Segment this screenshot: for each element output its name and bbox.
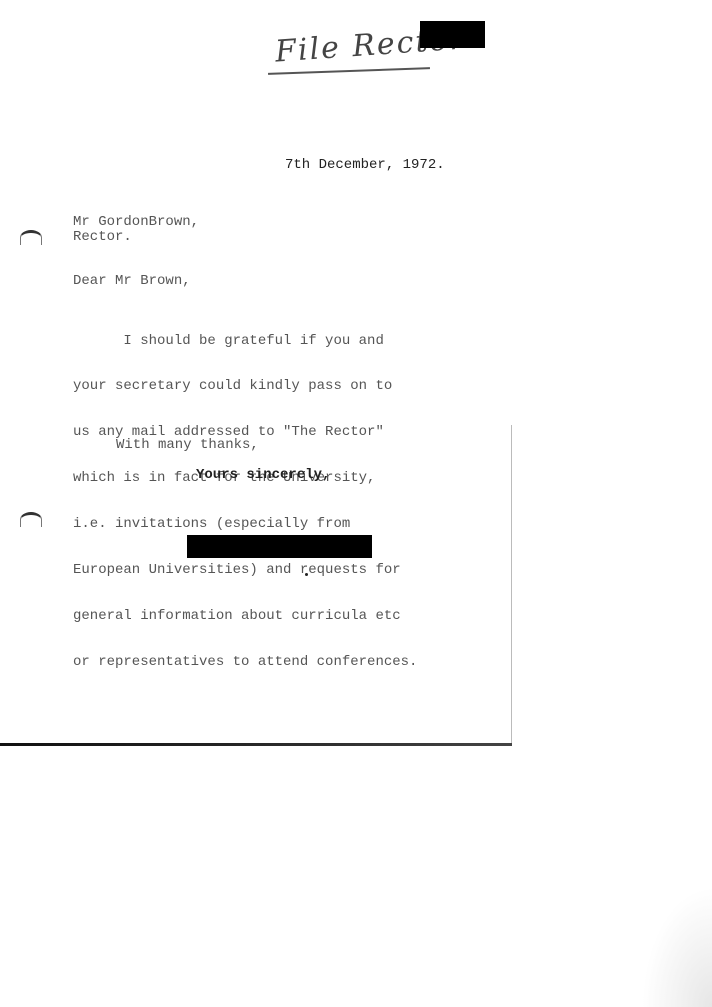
recipient-title: Rector.	[73, 230, 199, 245]
page-edge-right	[511, 425, 512, 745]
letter-page: File Rector 7th December, 1972. Mr Gordo…	[0, 0, 712, 1007]
body-line: or representatives to attend conferences…	[73, 655, 417, 670]
recipient-address: Mr GordonBrown, Rector.	[73, 215, 199, 245]
punch-hole-mark-upper	[20, 230, 42, 245]
redaction-box-top	[420, 21, 485, 48]
punch-hole-mark-lower	[20, 512, 42, 527]
letter-date: 7th December, 1972.	[285, 157, 445, 173]
thanks-line: With many thanks,	[116, 437, 259, 453]
body-line: European Universities) and requests for	[73, 563, 417, 578]
body-line: your secretary could kindly pass on to	[73, 379, 417, 394]
page-edge-bottom	[0, 743, 512, 746]
body-line: I should be grateful if you and	[73, 334, 417, 349]
letter-body: I should be grateful if you and your sec…	[73, 303, 417, 701]
closing-line: Yours sincerely,	[196, 467, 330, 483]
redaction-box-signature	[187, 535, 372, 558]
scan-smudge	[642, 887, 712, 1007]
salutation: Dear Mr Brown,	[73, 273, 191, 289]
body-line: general information about curricula etc	[73, 609, 417, 624]
recipient-name: Mr GordonBrown,	[73, 215, 199, 230]
ink-dot	[305, 573, 308, 576]
body-line: i.e. invitations (especially from	[73, 517, 417, 532]
